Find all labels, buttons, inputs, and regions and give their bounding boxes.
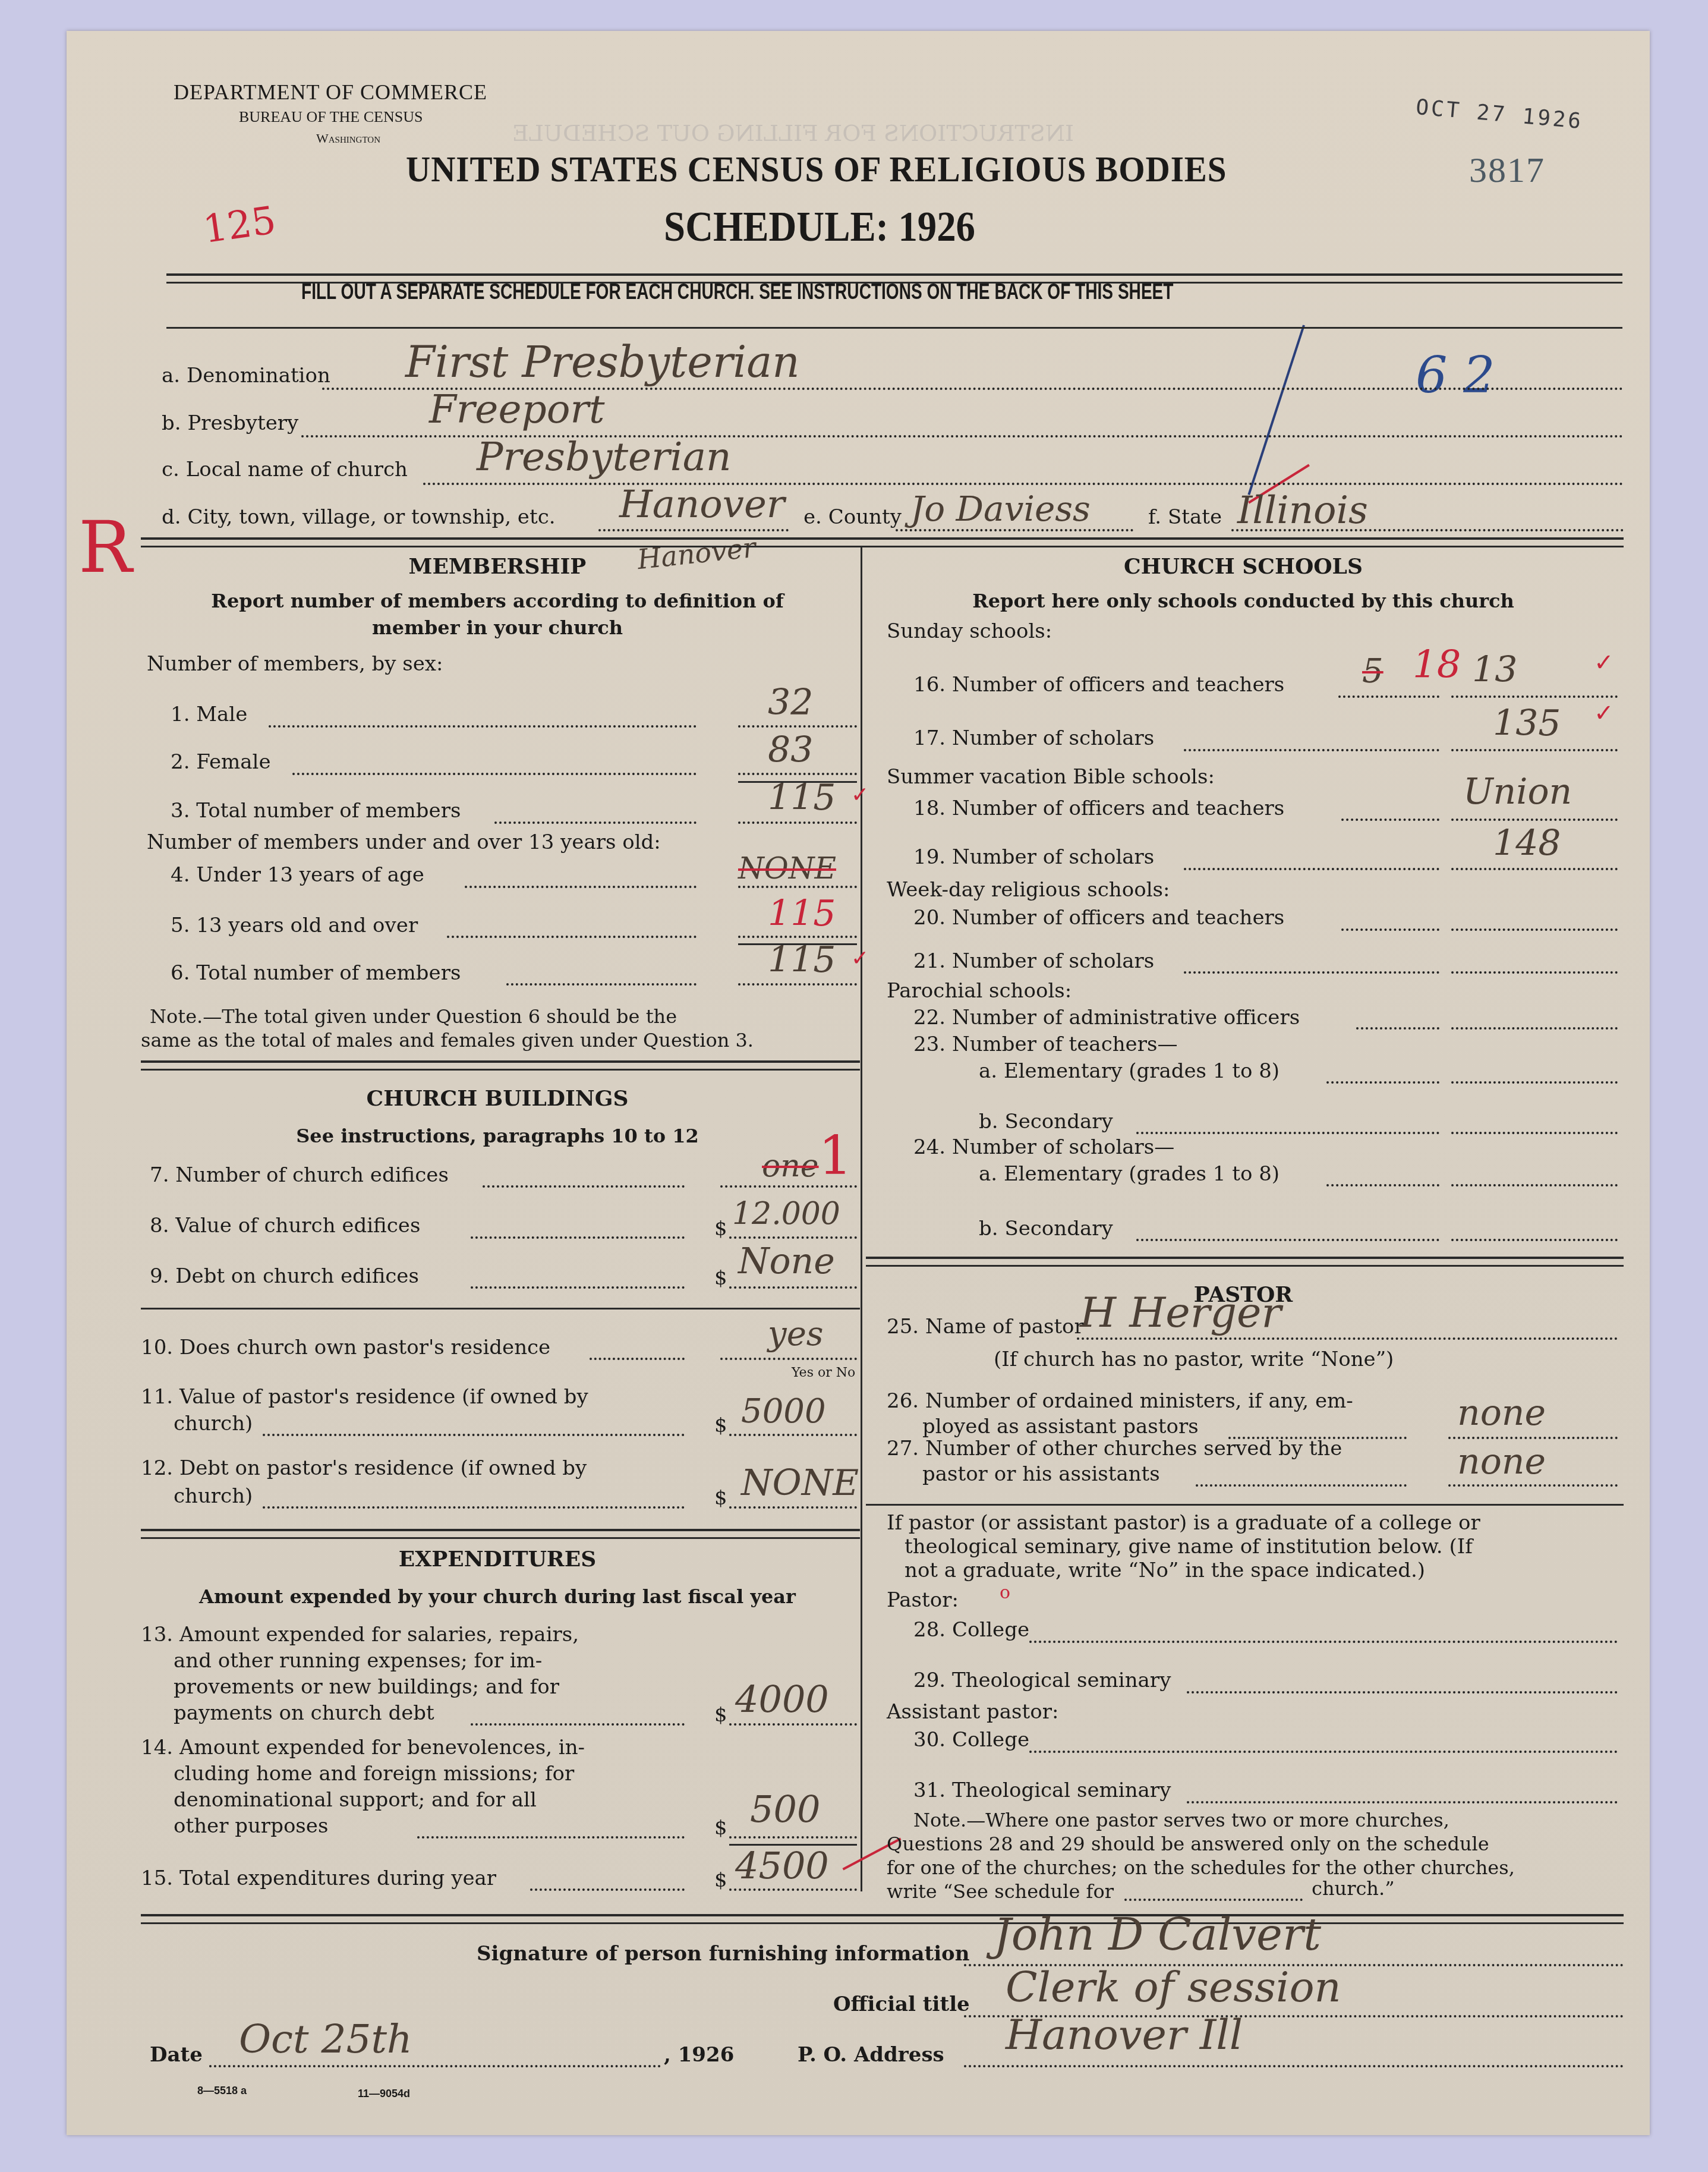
q14-label-3: denominational support; and for all [174, 1788, 537, 1812]
dollar-sign: $ [714, 1816, 727, 1840]
q18-field[interactable]: Union [1463, 771, 1572, 813]
dollar-sign: $ [714, 1266, 727, 1290]
under13-label: 4. Under 13 years of age [171, 863, 424, 887]
q17-label: 17. Number of scholars [913, 726, 1154, 750]
red-check-icon: ✓ [851, 946, 869, 971]
local-name-line [423, 483, 1624, 485]
q26-line [1448, 1437, 1618, 1439]
dollar-sign: $ [714, 1868, 727, 1892]
q24a-field[interactable] [1451, 1184, 1618, 1186]
q19-leader [1184, 868, 1439, 870]
q13-line [729, 1723, 857, 1726]
q19-field[interactable]: 148 [1493, 823, 1561, 864]
q23b-field[interactable] [1451, 1132, 1618, 1134]
q16-field[interactable]: 13 [1472, 649, 1517, 691]
q30-field[interactable] [1029, 1751, 1618, 1753]
edifices-field[interactable]: one [762, 1148, 819, 1184]
q24a-label: a. Elementary (grades 1 to 8) [979, 1162, 1280, 1186]
q17-line [1451, 749, 1618, 751]
received-date-stamp: OCT 27 1926 [1415, 95, 1584, 134]
po-address-line [964, 2065, 1624, 2067]
male-line [738, 725, 857, 728]
city-line [598, 529, 789, 531]
residence-value-leader [263, 1434, 685, 1436]
edifice-value-line [729, 1236, 857, 1239]
local-name-field[interactable]: Presbyterian [477, 434, 732, 480]
form-title: UNITED STATES CENSUS OF RELIGIOUS BODIES [67, 149, 1650, 191]
identification-rule [141, 537, 1624, 547]
fill-out-instruction: FILL OUT A SEPARATE SCHEDULE FOR EACH CH… [301, 279, 1173, 304]
edifice-value-field[interactable]: 12.000 [732, 1196, 840, 1232]
dollar-sign: $ [714, 1703, 727, 1727]
department-name: DEPARTMENT OF COMMERCE [174, 80, 487, 105]
sunday-schools-label: Sunday schools: [887, 619, 1052, 643]
female-line [738, 773, 857, 775]
edifices-leader [483, 1185, 685, 1188]
q18-label: 18. Number of officers and teachers [913, 797, 1284, 820]
q20-label: 20. Number of officers and teachers [913, 906, 1284, 930]
q22-leader [1356, 1027, 1439, 1030]
residence-value-field[interactable]: 5000 [741, 1392, 826, 1431]
weekday-schools-label: Week-day religious schools: [887, 878, 1170, 902]
over13-field[interactable]: 115 [768, 893, 836, 934]
pastor-note-4: write “See schedule for [887, 1880, 1114, 1903]
q23a-leader [1326, 1081, 1439, 1084]
pastor-note-3: for one of the churches; on the schedule… [887, 1856, 1515, 1880]
dollar-sign: $ [714, 1217, 727, 1241]
red-check-icon: ✓ [1594, 649, 1614, 676]
q24a-leader [1326, 1184, 1439, 1186]
own-residence-leader [590, 1358, 685, 1360]
q15-line [729, 1888, 857, 1891]
q29-field[interactable] [1187, 1691, 1618, 1693]
q26-field[interactable]: none [1457, 1392, 1546, 1434]
under13-leader [465, 886, 697, 888]
edifice-debt-field[interactable]: None [738, 1241, 835, 1282]
over13-leader [447, 936, 697, 938]
male-field[interactable]: 32 [768, 682, 813, 723]
male-label: 1. Male [171, 703, 247, 726]
denomination-label: a. Denomination [162, 364, 330, 388]
total-line [738, 821, 857, 824]
q14-label-4: other purposes [174, 1814, 328, 1838]
red-check-icon: ✓ [851, 783, 869, 807]
q31-field[interactable] [1187, 1801, 1618, 1803]
by-age-label: Number of members under and over 13 year… [147, 830, 661, 854]
q19-label: 19. Number of scholars [913, 845, 1154, 869]
official-title-field[interactable]: Clerk of session [1006, 1963, 1341, 2012]
q23-label: 23. Number of teachers— [913, 1033, 1177, 1056]
q27-label-2: pastor or his assistants [922, 1462, 1160, 1486]
total2-leader [506, 983, 697, 986]
q13-label-4: payments on church debt [174, 1701, 434, 1725]
q15-leader [530, 1888, 685, 1891]
buildings-heading: CHURCH BUILDINGS [141, 1086, 854, 1111]
q30-label: 30. College [913, 1728, 1029, 1752]
edifice-debt-line [729, 1286, 857, 1289]
instruction-rule [166, 327, 1622, 329]
expenditures-heading: EXPENDITURES [141, 1547, 854, 1572]
by-sex-label: Number of members, by sex: [147, 652, 443, 676]
over13-line [738, 936, 857, 938]
q15-label: 15. Total expenditures during year [141, 1866, 496, 1890]
date-field[interactable]: Oct 25th [239, 2016, 412, 2062]
pastor-note-5: church.” [1312, 1877, 1395, 1900]
local-name-label: c. Local name of church [162, 458, 408, 481]
q13-field[interactable]: 4000 [735, 1677, 829, 1721]
q29-label: 29. Theological seminary [913, 1669, 1171, 1692]
edifice-value-label: 8. Value of church edifices [150, 1214, 420, 1238]
red-circle-mark: o [1000, 1582, 1010, 1603]
signature-field[interactable]: John D Calvert [994, 1909, 1321, 1960]
official-title-label: Official title [833, 1992, 970, 2016]
q16-leader [1338, 695, 1439, 698]
signature-label: Signature of person furnishing informati… [477, 1942, 970, 1966]
census-form-page: INSTRUCTIONS FOR FILLING OUT SCHEDULE DE… [67, 31, 1650, 2135]
pastor-education-label: Pastor: [887, 1588, 959, 1612]
q18-line [1451, 819, 1618, 821]
under13-line [738, 886, 857, 888]
q21-leader [1184, 971, 1439, 974]
q23b-leader [1136, 1132, 1439, 1134]
residence-debt-label-2: church) [174, 1484, 253, 1508]
q24b-label: b. Secondary [979, 1217, 1113, 1241]
blue-code-annotation: 6 2 [1416, 346, 1495, 404]
residence-value-line [729, 1434, 857, 1436]
q24b-leader [1136, 1239, 1439, 1241]
q28-field[interactable] [1029, 1641, 1618, 1643]
presbytery-label: b. Presbytery [162, 411, 298, 435]
q19-line [1451, 868, 1618, 870]
date-year: , 1926 [664, 2043, 734, 2067]
assistant-education-label: Assistant pastor: [887, 1700, 1058, 1724]
graduate-instruction: If pastor (or assistant pastor) is a gra… [887, 1511, 1480, 1535]
q23b-label: b. Secondary [979, 1110, 1113, 1134]
graduate-instruction-2: theological seminary, give name of insti… [905, 1535, 1473, 1559]
presbytery-field[interactable]: Freeport [429, 386, 605, 432]
county-label: e. County [803, 505, 902, 529]
see-schedule-field[interactable] [1124, 1899, 1303, 1901]
residence-debt-line [729, 1506, 857, 1509]
q27-leader [1196, 1484, 1407, 1487]
q14-leader [417, 1836, 685, 1839]
print-number: 11—9054d [358, 2088, 410, 2100]
date-line [209, 2065, 661, 2067]
female-label: 2. Female [171, 750, 271, 774]
total2-label: 6. Total number of members [171, 961, 461, 985]
edifices-correction: 1 [818, 1125, 852, 1187]
edifice-value-leader [471, 1236, 685, 1239]
po-address-label: P. O. Address [798, 2043, 944, 2067]
membership-note: Note.—The total given under Question 6 s… [150, 1005, 677, 1028]
red-margin-mark: R [78, 506, 132, 589]
schedule-number-stamp: 3817 [1469, 150, 1545, 191]
schedule-year: SCHEDULE: 1926 [67, 202, 1650, 251]
membership-note-2: same as the total of males and females g… [141, 1028, 754, 1052]
membership-subheading: Report number of members according to de… [141, 590, 854, 612]
yes-no-hint: Yes or No [792, 1365, 855, 1380]
schools-rule [866, 1257, 1624, 1267]
q13-leader [471, 1723, 685, 1726]
q25-hint: (If church has no pastor, write “None”) [994, 1348, 1394, 1371]
total-members-field[interactable]: 115 [768, 777, 836, 819]
membership-heading: MEMBERSHIP [141, 554, 854, 579]
county-line [896, 529, 1133, 531]
under13-field[interactable]: NONE [738, 851, 836, 886]
po-address-field[interactable]: Hanover Ill [1006, 2010, 1243, 2059]
schools-subheading: Report here only schools conducted by th… [869, 590, 1618, 612]
graduate-instruction-3: not a graduate, write “No” in the space … [905, 1559, 1425, 1582]
schools-heading: CHURCH SCHOOLS [869, 554, 1618, 579]
q16-line [1451, 695, 1618, 698]
edifice-debt-label: 9. Debt on church edifices [150, 1264, 419, 1288]
q13-label: 13. Amount expended for salaries, repair… [141, 1623, 579, 1647]
q26-label: 26. Number of ordained ministers, if any… [887, 1389, 1353, 1413]
q14-label-2: cluding home and foreign missions; for [174, 1762, 574, 1786]
city-label: d. City, town, village, or township, etc… [162, 505, 556, 529]
q18-leader [1341, 819, 1439, 821]
bureau-city: Washington [316, 131, 380, 146]
q17-field[interactable]: 135 [1493, 703, 1561, 744]
q14-field[interactable]: 500 [750, 1787, 820, 1831]
column-divider [861, 547, 862, 1891]
pastor-rule [866, 1504, 1624, 1506]
q27-field[interactable]: none [1457, 1441, 1546, 1482]
q25-line [1077, 1337, 1618, 1340]
q20-field[interactable] [1451, 928, 1618, 931]
q17-leader [1184, 749, 1439, 751]
q14-line [729, 1836, 857, 1839]
dollar-sign: $ [714, 1486, 727, 1510]
q25-label: 25. Name of pastor [887, 1315, 1084, 1339]
total-members-label: 3. Total number of members [171, 799, 461, 823]
own-residence-line [720, 1358, 857, 1360]
q27-line [1448, 1484, 1618, 1487]
total-leader [494, 821, 697, 824]
edifices-label: 7. Number of church edifices [150, 1163, 449, 1187]
bleed-through-text: INSTRUCTIONS FOR FILLING OUT SCHEDULE [512, 120, 1074, 146]
q21-field[interactable] [1451, 971, 1618, 974]
q22-label: 22. Number of administrative officers [913, 1006, 1300, 1030]
residence-value-label-2: church) [174, 1412, 253, 1436]
residence-debt-field[interactable]: NONE [741, 1462, 859, 1504]
pastor-note-2: Questions 28 and 29 should be answered o… [887, 1832, 1489, 1856]
q31-label: 31. Theological seminary [913, 1778, 1171, 1802]
q20-leader [1341, 928, 1439, 931]
q13-label-2: and other running expenses; for im- [174, 1649, 542, 1673]
q13-label-3: provements or new buildings; and for [174, 1675, 559, 1699]
pastor-name-field[interactable]: H Herger [1080, 1288, 1281, 1337]
q21-label: 21. Number of scholars [913, 949, 1154, 973]
q27-label: 27. Number of other churches served by t… [887, 1437, 1342, 1460]
q28-label: 28. College [913, 1618, 1029, 1642]
q15-field[interactable]: 4500 [735, 1844, 829, 1887]
q26-label-2: ployed as assistant pastors [922, 1415, 1199, 1438]
male-leader [269, 725, 697, 728]
buildings-subheading: See instructions, paragraphs 10 to 12 [141, 1125, 854, 1147]
q16-red-value: 18 [1413, 643, 1461, 687]
buildings-rule [141, 1308, 860, 1310]
over13-label: 5. 13 years old and over [171, 914, 418, 937]
total2-line [738, 983, 857, 986]
residence-value-label: 11. Value of pastor's residence (if owne… [141, 1385, 588, 1409]
footer-rule [141, 1914, 1624, 1924]
denomination-field[interactable]: First Presbyterian [405, 337, 800, 387]
own-residence-field[interactable]: yes [768, 1315, 824, 1353]
dollar-sign: $ [714, 1414, 727, 1437]
city-field[interactable]: Hanover [619, 483, 784, 527]
summer-schools-label: Summer vacation Bible schools: [887, 765, 1215, 789]
county-field[interactable]: Jo Daviess [910, 489, 1091, 529]
q24b-field[interactable] [1451, 1239, 1618, 1241]
state-label: f. State [1148, 505, 1222, 529]
q14-label: 14. Amount expended for benevolences, in… [141, 1736, 585, 1759]
blue-pencil-mark [1247, 325, 1305, 495]
q16-struck-value: 5 [1362, 652, 1384, 691]
red-check-icon: ✓ [1594, 700, 1614, 727]
own-residence-label: 10. Does church own pastor's residence [141, 1336, 550, 1359]
expenditures-subheading: Amount expended by your church during la… [141, 1585, 854, 1608]
state-field[interactable]: Illinois [1237, 489, 1368, 533]
q22-field[interactable] [1451, 1027, 1618, 1030]
pastor-note: Note.—Where one pastor serves two or mor… [913, 1808, 1449, 1832]
residence-debt-label: 12. Debt on pastor's residence (if owned… [141, 1456, 587, 1480]
q23a-label: a. Elementary (grades 1 to 8) [979, 1059, 1280, 1083]
form-number: 8—5518 a [197, 2085, 247, 2097]
q23a-field[interactable] [1451, 1081, 1618, 1084]
parochial-schools-label: Parochial schools: [887, 979, 1072, 1003]
membership-subheading-2: member in your church [141, 616, 854, 639]
edifice-debt-leader [471, 1286, 685, 1289]
date-label: Date [150, 2043, 203, 2067]
q24-label: 24. Number of scholars— [913, 1135, 1174, 1159]
total2-field[interactable]: 115 [768, 939, 836, 981]
female-field[interactable]: 83 [768, 729, 813, 771]
residence-debt-leader [263, 1506, 685, 1509]
buildings-bottom-rule [141, 1529, 860, 1539]
membership-rule [141, 1060, 860, 1071]
bureau-name: BUREAU OF THE CENSUS [239, 108, 423, 126]
q16-label: 16. Number of officers and teachers [913, 673, 1284, 697]
female-leader [292, 773, 697, 775]
